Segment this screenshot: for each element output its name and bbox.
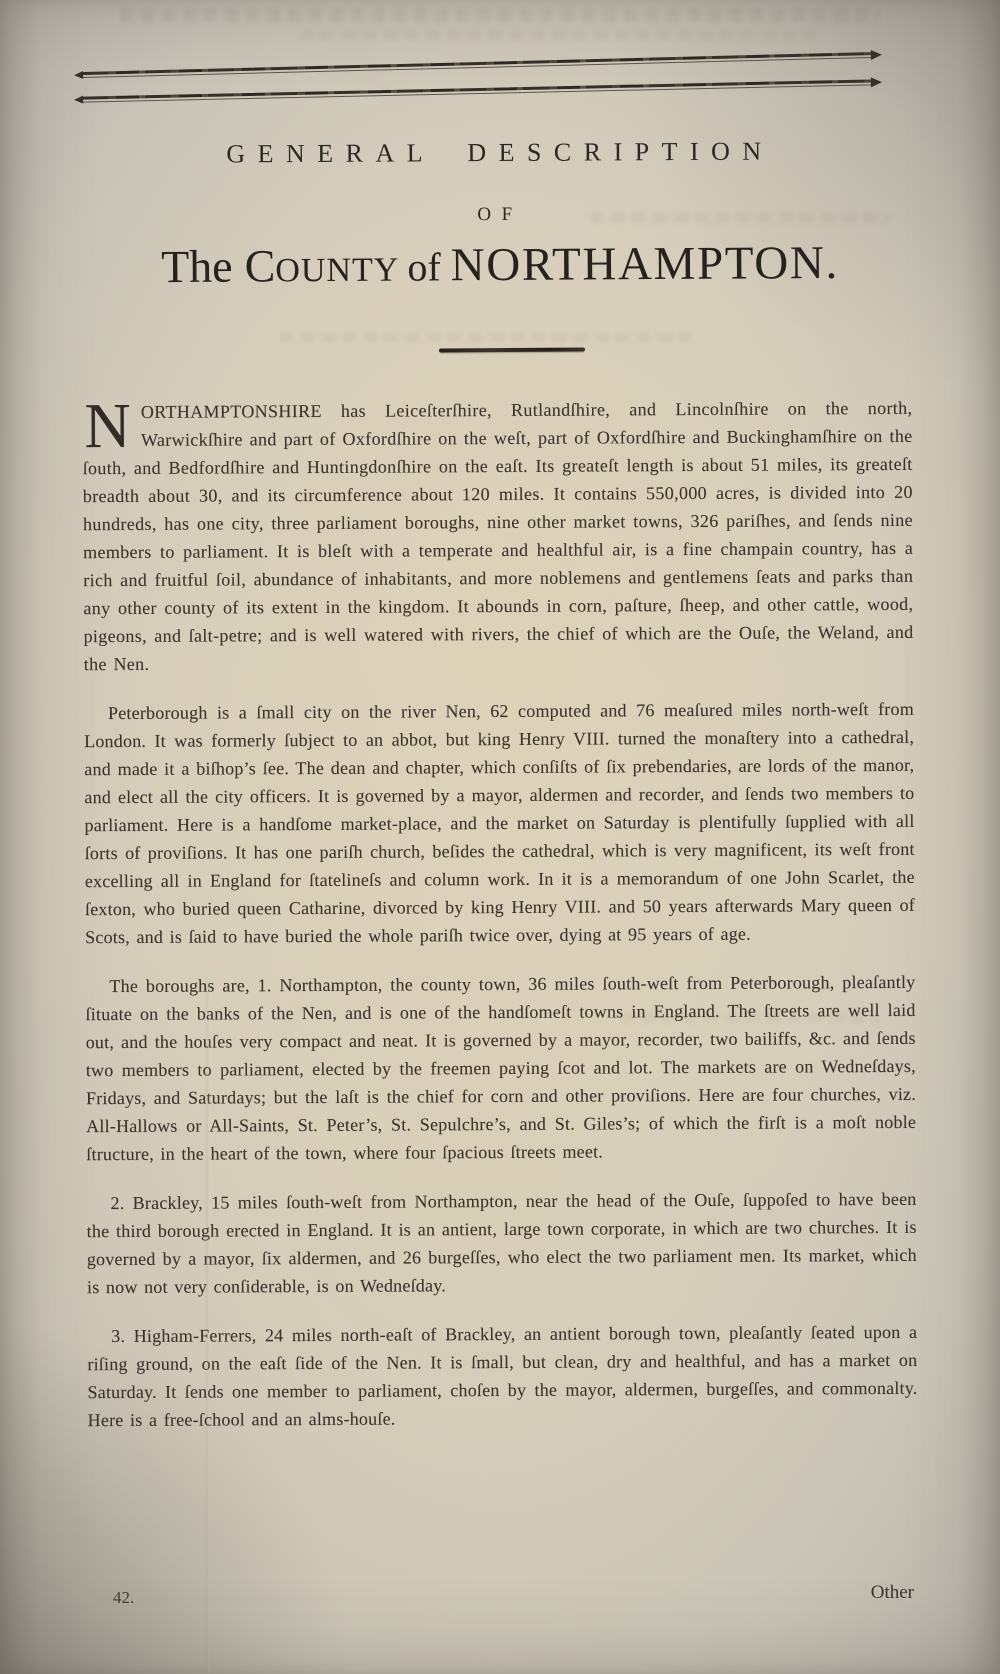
head-rule-lower	[74, 79, 882, 105]
paragraph-text: The boroughs are, 1. Northampton, the co…	[85, 972, 916, 1164]
catchword: Other	[871, 1582, 914, 1604]
title-county-initial: C	[244, 240, 275, 291]
rule-right-arrow	[871, 50, 882, 60]
title-word-the: The	[161, 241, 233, 292]
paragraph-peterborough: Peterborough is a ſmall city on the rive…	[84, 695, 915, 951]
paragraph-shire-overview: NORTHAMPTONSHIRE has Leiceſterſhire, Rut…	[82, 394, 913, 678]
head-rule-upper	[74, 52, 882, 80]
verso-bleed-through	[120, 8, 880, 22]
title-county-name: NORTHAMPTON.	[451, 237, 839, 291]
paragraph-text: 3. Higham-Ferrers, 24 miles north-eaſt o…	[87, 1322, 917, 1430]
signature-mark: 42.	[113, 1588, 134, 1608]
paragraph-higham-ferrers: 3. Higham-Ferrers, 24 miles north-eaſt o…	[87, 1318, 918, 1434]
title-of: OF	[0, 201, 1000, 228]
rule-right-arrow	[871, 77, 882, 87]
rule-line	[82, 79, 872, 99]
paragraph-text: Peterborough is a ſmall city on the rive…	[84, 699, 915, 947]
title-county-smallcaps: OUNTY	[275, 252, 399, 290]
drop-cap-initial: N	[84, 401, 131, 451]
title-ornament-rule	[439, 347, 585, 352]
scanned-page: GENERAL DESCRIPTION OF TheCOUNTYofNORTHA…	[0, 0, 1000, 1674]
paragraph-text: ORTHAMPTONSHIRE has Leiceſterſhire, Rutl…	[83, 398, 914, 674]
rule-line-thin	[82, 57, 872, 78]
title-word-of: of	[407, 244, 441, 289]
paragraph-text: 2. Brackley, 15 miles ſouth-weſt from No…	[87, 1189, 917, 1297]
section-kicker: GENERAL DESCRIPTION	[0, 135, 1000, 170]
verso-bleed-through	[280, 332, 700, 342]
verso-bleed-through	[300, 30, 820, 40]
paper-crease	[206, 980, 210, 1674]
rule-line	[82, 52, 872, 75]
paragraph-brackley: 2. Brackley, 15 miles ſouth-weſt from No…	[86, 1185, 917, 1301]
page-title: TheCOUNTYofNORTHAMPTON.	[0, 235, 1000, 295]
